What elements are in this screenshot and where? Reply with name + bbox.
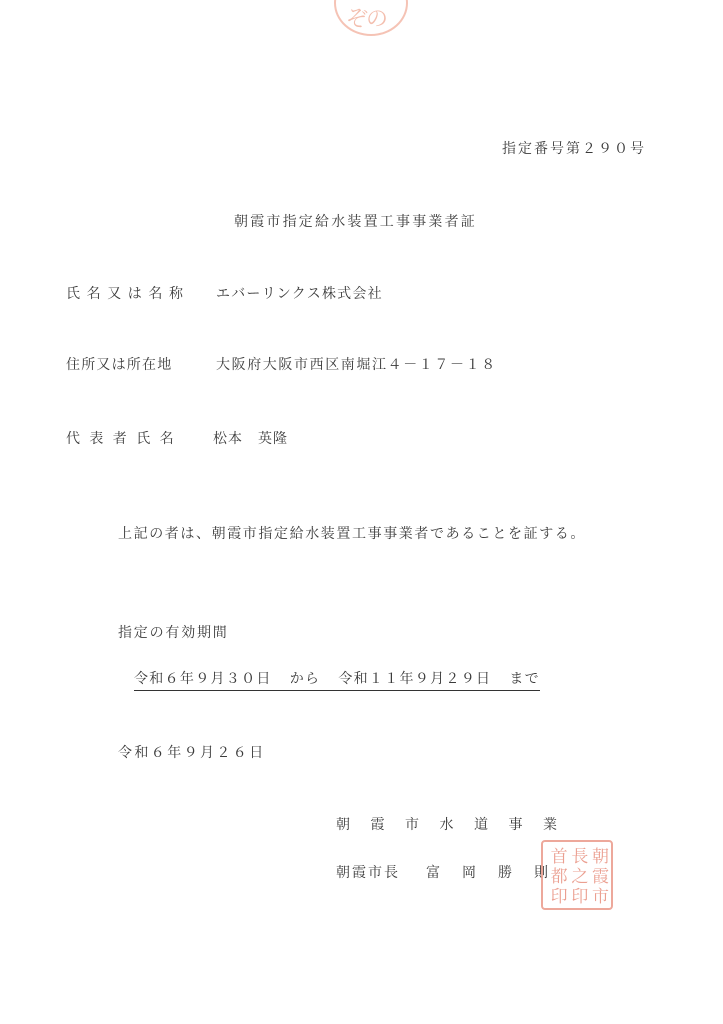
seal-char: 霞 [587, 865, 608, 885]
seal-char: 都 [546, 865, 567, 885]
representative-label: 代表者氏名 [66, 430, 183, 448]
top-partial-seal-text: ぞの [346, 2, 386, 33]
designation-number: 指定番号第２９０号 [502, 138, 646, 158]
address-label: 住所又は所在地 [66, 356, 172, 374]
seal-char: 印 [546, 885, 567, 905]
seal-char: 印 [567, 885, 588, 905]
name-value: エバーリンクス株式会社 [216, 285, 383, 303]
validity-until-word: まで [509, 670, 540, 688]
document-title: 朝霞市指定給水装置工事事業者証 [234, 211, 477, 231]
seal-char: 朝 [587, 845, 608, 865]
representative-value: 松本 英隆 [213, 430, 288, 448]
validity-start-date: 令和６年９月３０日 [134, 670, 272, 688]
validity-from-word: から [290, 670, 321, 688]
address-value: 大阪府大阪市西区南堀江４－１７－１８ [216, 356, 497, 374]
official-seal-stamp: 朝 霞 市 長 之 印 首 都 印 [541, 840, 613, 910]
issue-date: 令和６年９月２６日 [118, 744, 266, 762]
issuer-mayor: 朝霞市長富岡勝則 [336, 864, 570, 882]
seal-char: 首 [546, 845, 567, 865]
mayor-title: 朝霞市長 [336, 865, 400, 881]
seal-char: 市 [587, 885, 608, 905]
certification-statement: 上記の者は、朝霞市指定給水装置工事事業者であることを証する。 [118, 525, 586, 543]
seal-char: 長 [567, 845, 588, 865]
validity-label: 指定の有効期間 [118, 624, 229, 642]
validity-end-date: 令和１１年９月２９日 [338, 670, 491, 688]
seal-char: 之 [567, 865, 588, 885]
validity-period: 令和６年９月３０日から令和１１年９月２９日まで [134, 670, 540, 691]
issuer-organization: 朝霞市水道事業 [336, 816, 578, 834]
name-label: 氏名又は名称 [66, 285, 190, 303]
